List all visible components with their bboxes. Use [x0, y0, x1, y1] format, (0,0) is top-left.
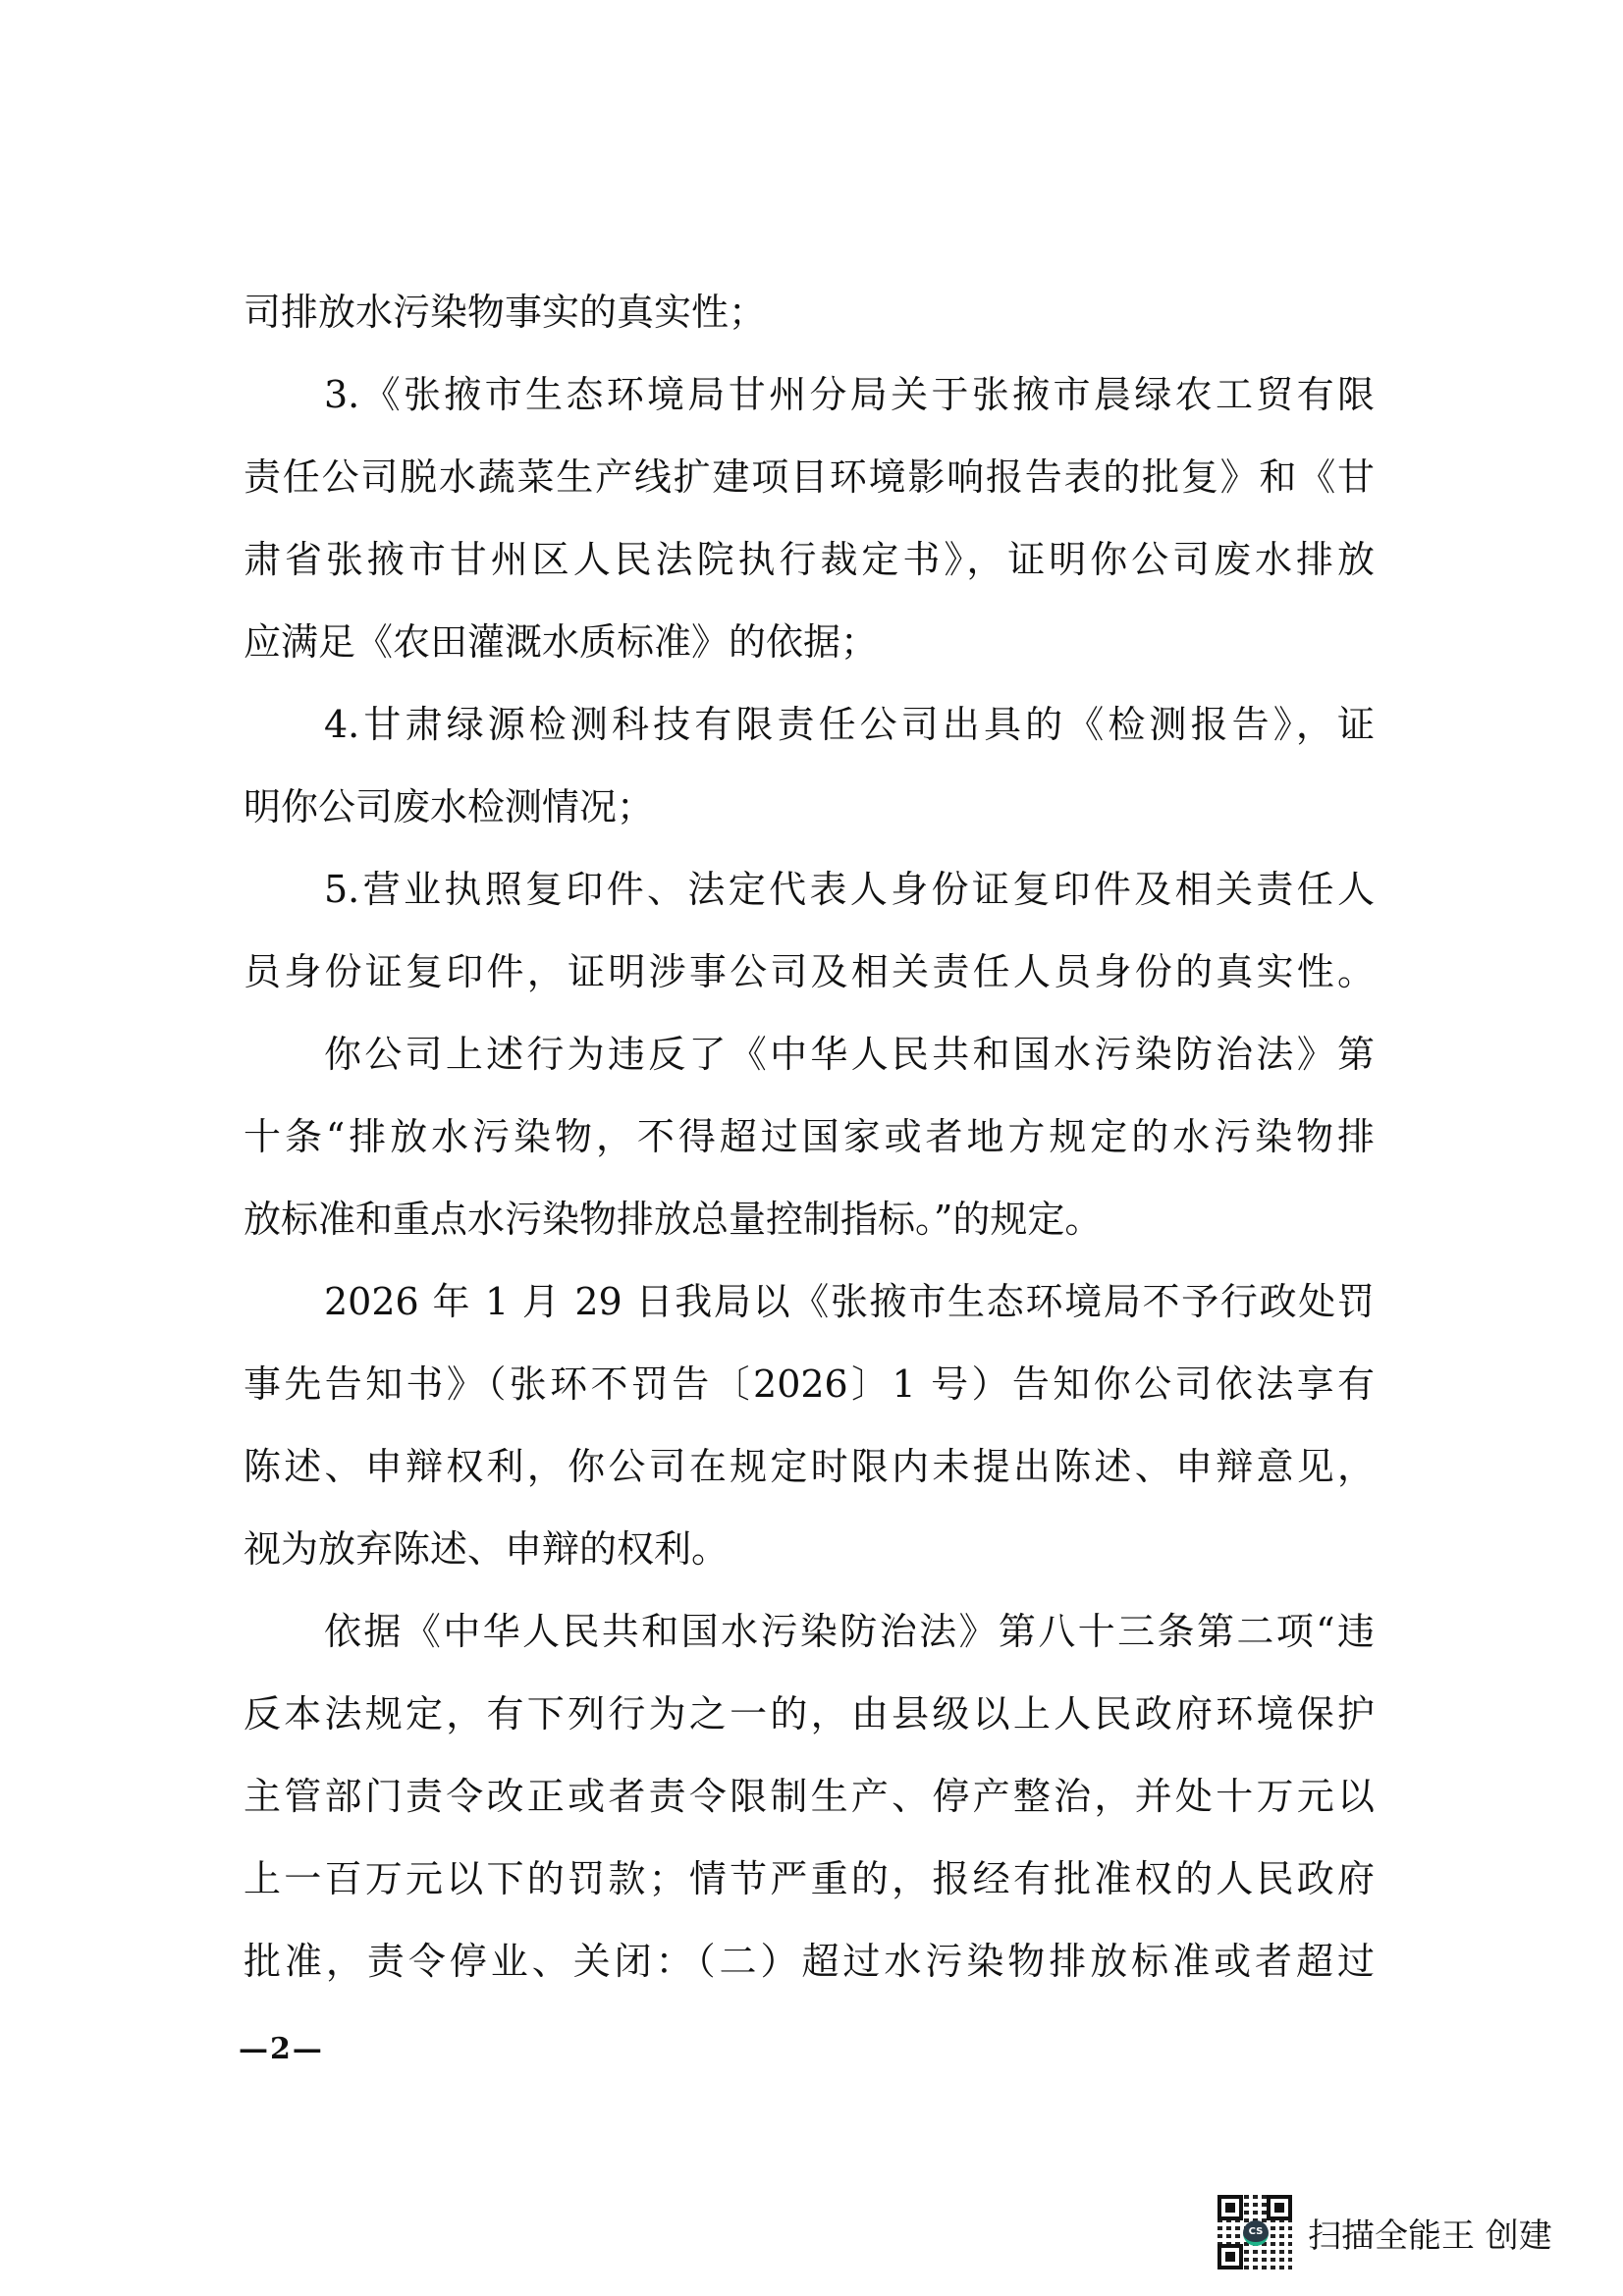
text-line: 事先告知书》（张环不罚告〔2026〕1 号）告知你公司依法享有: [243, 1343, 1375, 1425]
text-line: 司排放水污染物事实的真实性；: [243, 271, 1375, 353]
text-line: 上一百万元以下的罚款；情节严重的，报经有批准权的人民政府: [243, 1838, 1375, 1920]
text-line: 责任公司脱水蔬菜生产线扩建项目环境影响报告表的批复》和《甘: [243, 436, 1375, 518]
text-line: 批准，责令停业、关闭：（二）超过水污染物排放标准或者超过: [243, 1920, 1375, 2002]
text-line: 反本法规定，有下列行为之一的，由县级以上人民政府环境保护: [243, 1673, 1375, 1755]
text-line: 肃省张掖市甘州区人民法院执行裁定书》，证明你公司废水排放: [243, 518, 1375, 601]
text-line: 4.甘肃绿源检测科技有限责任公司出具的《检测报告》，证: [243, 683, 1375, 766]
qr-code-icon: CS: [1217, 2195, 1292, 2269]
text-line: 5.营业执照复印件、法定代表人身份证复印件及相关责任人: [243, 848, 1375, 931]
watermark-text: 扫描全能王 创建: [1308, 2209, 1552, 2257]
text-line: 3.《张掖市生态环境局甘州分局关于张掖市晨绿农工贸有限: [243, 353, 1375, 436]
text-line: 依据《中华人民共和国水污染防治法》第八十三条第二项“违: [243, 1590, 1375, 1673]
scanner-watermark: CS 扫描全能王 创建: [1217, 2195, 1552, 2269]
text-line: 视为放弃陈述、申辩的权利。: [243, 1508, 1375, 1590]
page-number: —2—: [239, 2032, 324, 2066]
text-line: 陈述、申辩权利，你公司在规定时限内未提出陈述、申辩意见，: [243, 1425, 1375, 1508]
text-line: 员身份证复印件，证明涉事公司及相关责任人员身份的真实性。: [243, 931, 1375, 1013]
text-line: 你公司上述行为违反了《中华人民共和国水污染防治法》第: [243, 1013, 1375, 1095]
text-line: 明你公司废水检测情况；: [243, 766, 1375, 848]
camscanner-logo-icon: CS: [1243, 2220, 1269, 2246]
document-page: 司排放水污染物事实的真实性；3.《张掖市生态环境局甘州分局关于张掖市晨绿农工贸有…: [0, 0, 1623, 2296]
text-line: 放标准和重点水污染物排放总量控制指标。”的规定。: [243, 1178, 1375, 1260]
text-line: 十条“排放水污染物，不得超过国家或者地方规定的水污染物排: [243, 1095, 1375, 1178]
text-line: 2026 年 1 月 29 日我局以《张掖市生态环境局不予行政处罚: [243, 1260, 1375, 1343]
document-body: 司排放水污染物事实的真实性；3.《张掖市生态环境局甘州分局关于张掖市晨绿农工贸有…: [243, 271, 1375, 2002]
text-line: 应满足《农田灌溉水质标准》的依据；: [243, 601, 1375, 683]
text-line: 主管部门责令改正或者责令限制生产、停产整治，并处十万元以: [243, 1755, 1375, 1838]
